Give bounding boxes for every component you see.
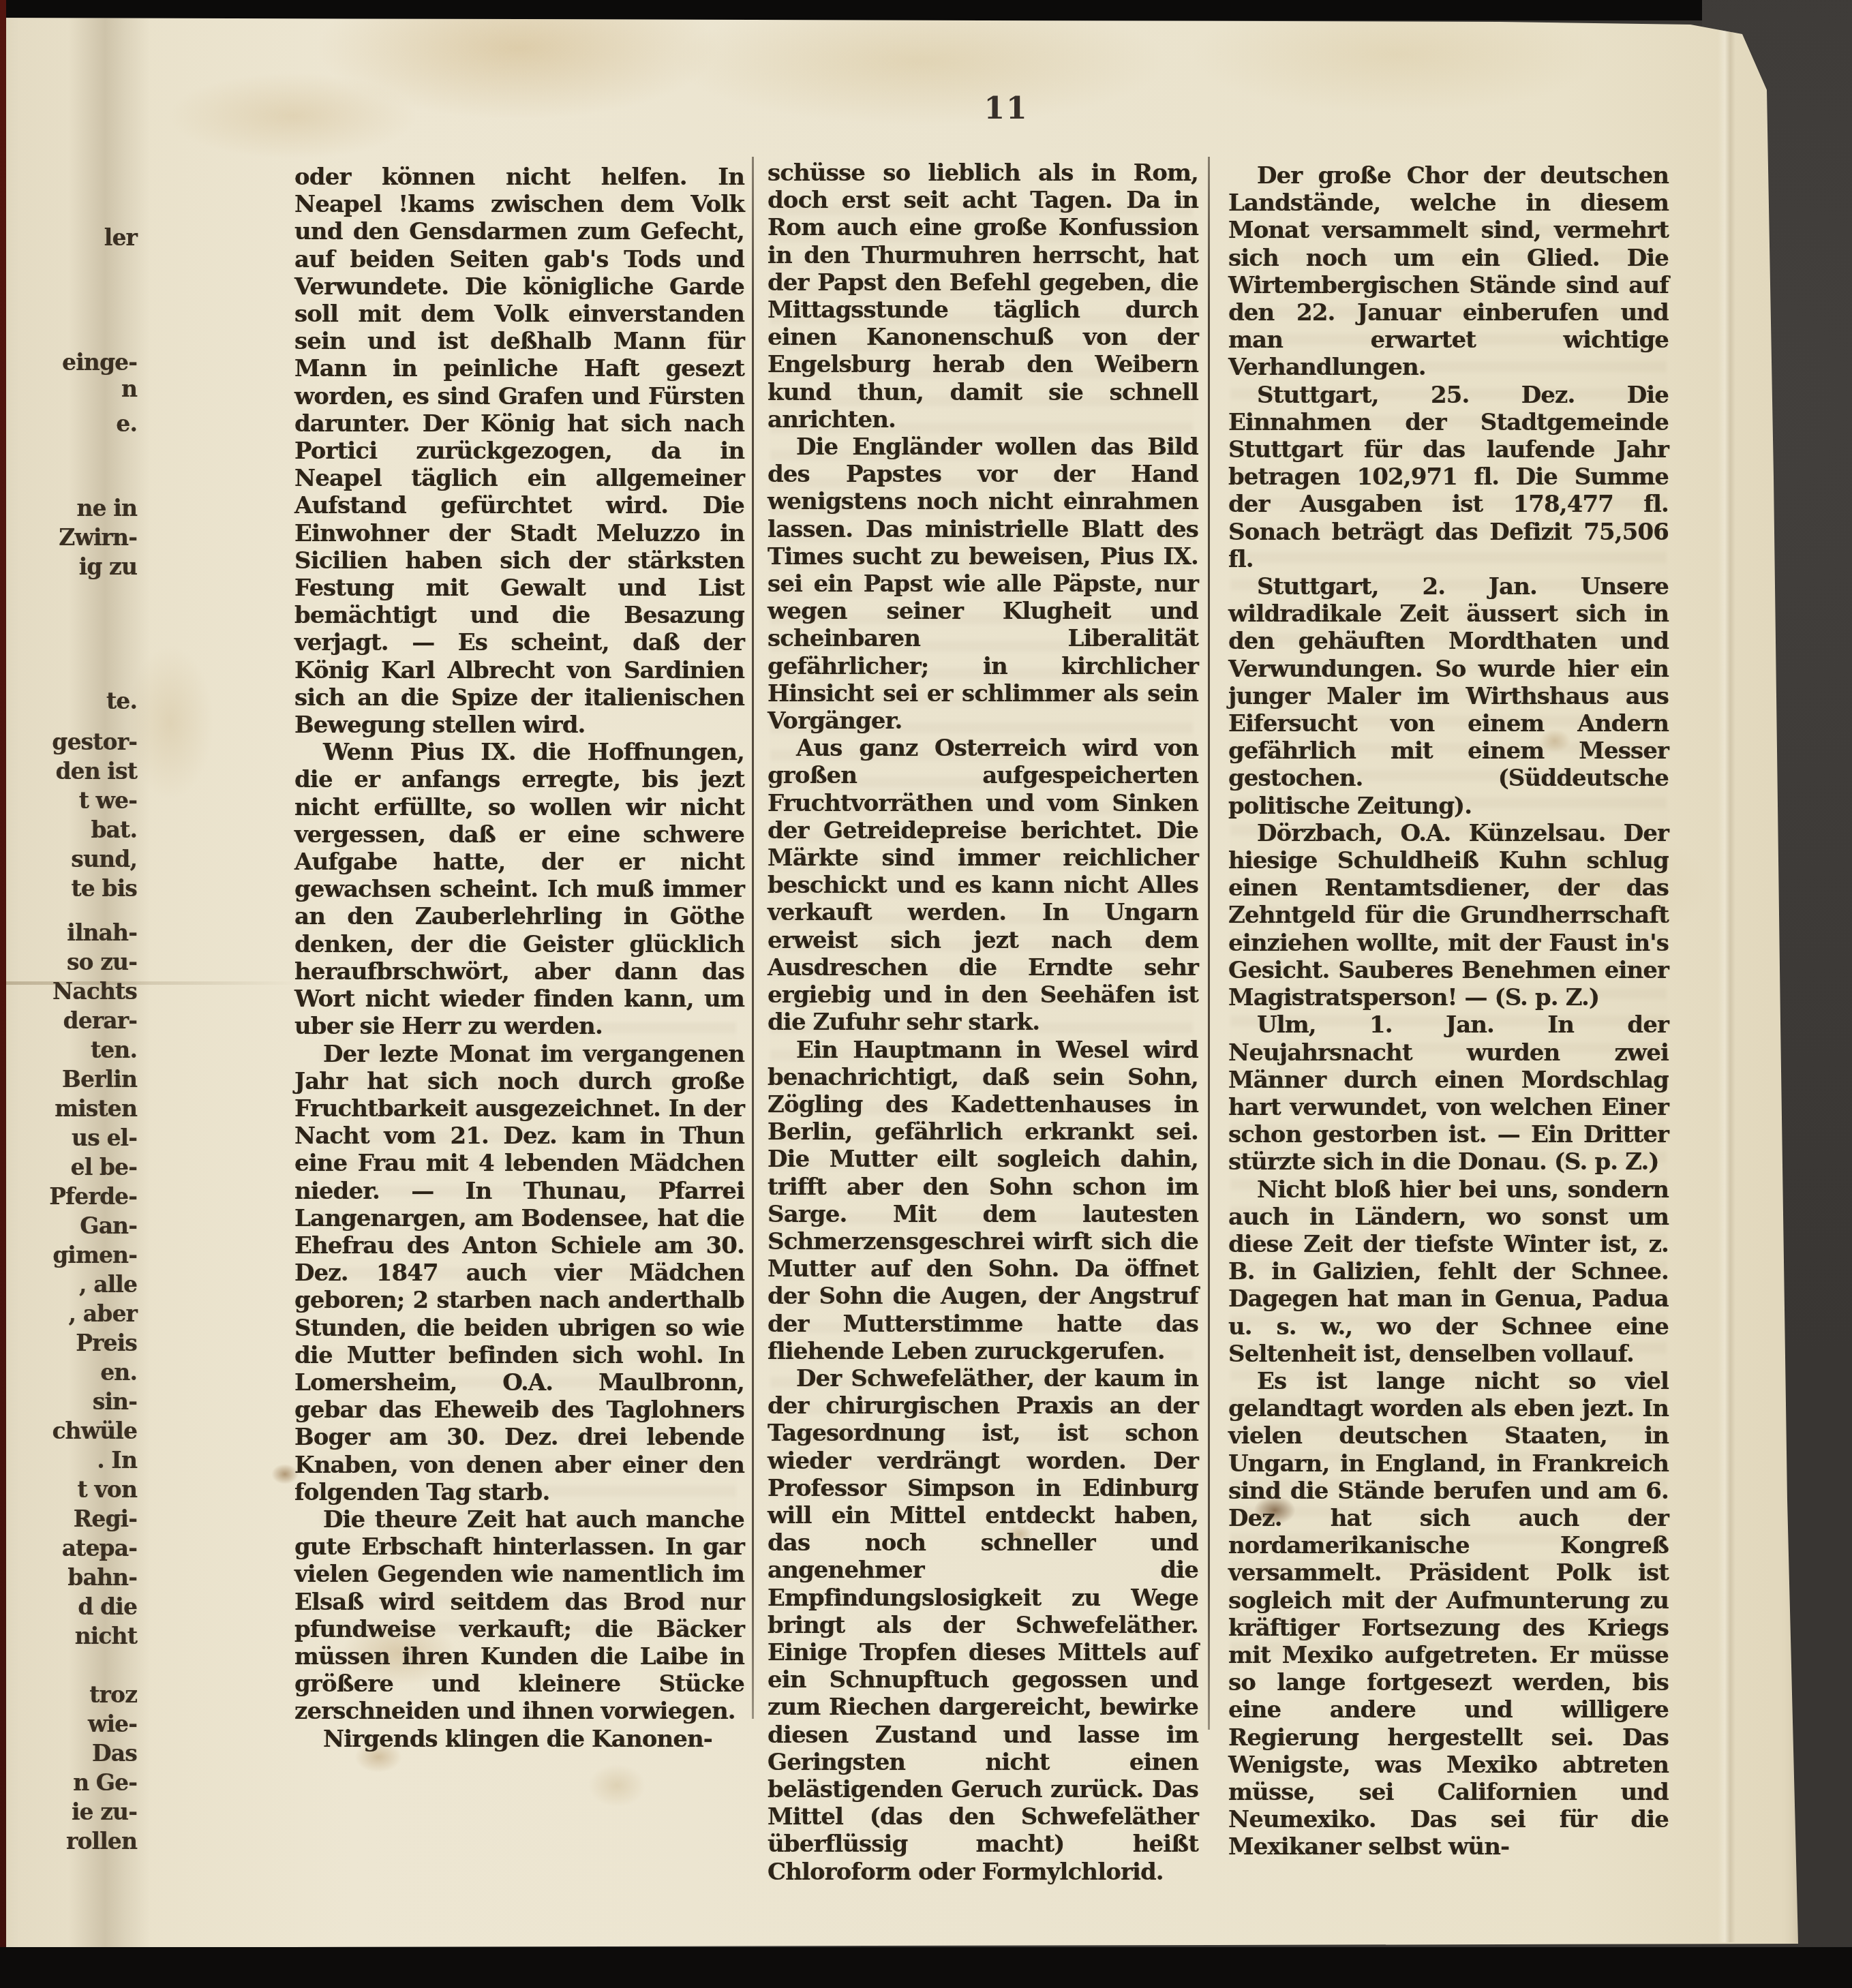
facing-page-text-fragment: Zwirn- (59, 525, 137, 551)
facing-page-text-fragment: misten (55, 1096, 137, 1122)
page-number: 11 (973, 94, 1039, 124)
facing-page-text-fragment: chwüle (52, 1418, 137, 1444)
newspaper-paragraph: Stuttgart, 25. Dez. Die Einnahmen der St… (1228, 382, 1669, 573)
newspaper-scan: lereinge-ne.ne inZwirn-ig zute.gestor-de… (0, 0, 1852, 1988)
facing-page-text-fragment: Nachts (52, 979, 137, 1005)
facing-page-text-fragment: Preis (76, 1330, 137, 1356)
newspaper-paragraph: Aus ganz Osterreich wird von großen aufg… (768, 735, 1198, 1036)
newspaper-paragraph: Es ist lange nicht so viel gelandtagt wo… (1228, 1368, 1669, 1861)
newspaper-paragraph: Dörzbach, O.A. Künzelsau. Der hiesige Sc… (1228, 820, 1669, 1011)
facing-page-text-fragment: troz (89, 1682, 137, 1708)
newspaper-paragraph: schüsse so lieblich als in Rom, doch ers… (768, 159, 1198, 433)
newspaper-paragraph: Der Schwefeläther, der kaum in der chiru… (768, 1365, 1198, 1886)
newspaper-page: lereinge-ne.ne inZwirn-ig zute.gestor-de… (0, 0, 1813, 1988)
facing-page-text-fragment: den ist (55, 759, 137, 784)
facing-page-text-fragment: ten. (91, 1037, 137, 1063)
column-divider (752, 157, 754, 1719)
facing-page-text-fragment: t we- (79, 788, 137, 814)
facing-page-text-fragment: el be- (71, 1154, 137, 1180)
newspaper-paragraph: Ulm, 1. Jan. In der Neujahrsnacht wurden… (1228, 1011, 1669, 1176)
facing-page-text-fragment: d die (78, 1594, 137, 1620)
facing-page-text-fragment: ilnah- (67, 920, 137, 946)
column-divider (1208, 157, 1210, 1730)
facing-page-text-fragment: , alle (79, 1272, 137, 1298)
facing-page-text-fragment: rollen (66, 1829, 137, 1854)
facing-page-text-fragment: atepa- (62, 1535, 137, 1561)
facing-page-text-fragment: ig zu (79, 554, 137, 580)
facing-page-text-fragment: derar- (63, 1008, 137, 1034)
facing-page-text-fragment: us el- (72, 1125, 137, 1151)
newspaper-paragraph: Ein Hauptmann in Wesel wird benachrichti… (768, 1037, 1198, 1365)
newspaper-paragraph: Nicht bloß hier bei uns, sondern auch in… (1228, 1176, 1669, 1368)
newspaper-paragraph: oder können nicht helfen. In Neapel !kam… (294, 164, 744, 739)
facing-page-text-fragment: t von (78, 1477, 137, 1503)
news-column-3: Der große Chor der deutschen Landstände,… (1228, 162, 1669, 1861)
facing-page-text-fragment: sund, (71, 846, 137, 872)
news-column-2: schüsse so lieblich als in Rom, doch ers… (768, 159, 1198, 1886)
facing-page-text-fragment: ie zu- (72, 1799, 137, 1825)
facing-page-text-fragment: . In (97, 1448, 137, 1473)
facing-page-text-fragment: e. (116, 411, 137, 437)
newspaper-paragraph: Nirgends klingen die Kanonen- (294, 1726, 744, 1753)
facing-page-text-fragment: te. (106, 688, 137, 714)
facing-page-text-fragment: Berlin (62, 1067, 137, 1092)
newspaper-paragraph: Der lezte Monat im vergangenen Jahr hat … (294, 1041, 744, 1506)
facing-page-text-fragment: sin- (93, 1389, 137, 1415)
facing-page-text-fragment: ne in (76, 495, 137, 521)
facing-page-text-fragment: Das (92, 1741, 137, 1767)
newspaper-paragraph: Stuttgart, 2. Jan. Unsere wildradikale Z… (1228, 573, 1669, 820)
facing-page-text-fragment: en. (100, 1360, 137, 1386)
facing-page-text-fragment: Regi- (74, 1506, 137, 1532)
facing-page-text-fragment: te bis (71, 876, 137, 902)
facing-page-text-fragment: so zu- (67, 949, 137, 975)
facing-page-text-fragment: n (121, 376, 137, 402)
scanner-bed-bottom (0, 1947, 1852, 1988)
facing-page-text-fragment: bat. (91, 817, 137, 843)
book-binding-edge (0, 0, 6, 1988)
facing-page-text-fragment: wie- (88, 1711, 137, 1737)
facing-page-text-fragment: , aber (69, 1301, 137, 1327)
facing-page-text-fragment: nicht (75, 1623, 137, 1649)
facing-page-text-fragment: einge- (62, 350, 137, 376)
facing-page-text-fragment: Pferde- (49, 1184, 137, 1210)
newspaper-paragraph: Der große Chor der deutschen Landstände,… (1228, 162, 1669, 382)
facing-page-fragments: lereinge-ne.ne inZwirn-ig zute.gestor-de… (6, 0, 142, 1988)
news-column-1: oder können nicht helfen. In Neapel !kam… (294, 164, 744, 1753)
fold-crease (1718, 27, 1735, 1942)
newspaper-paragraph: Die theure Zeit hat auch manche gute Erb… (294, 1506, 744, 1726)
facing-page-text-fragment: gestor- (52, 729, 137, 755)
facing-page-text-fragment: Gan- (80, 1213, 137, 1239)
facing-page-text-fragment: n Ge- (73, 1770, 137, 1796)
newspaper-paragraph: Wenn Pius IX. die Hoffnungen, die er anf… (294, 739, 744, 1040)
facing-page-text-fragment: bahn- (67, 1565, 137, 1591)
newspaper-paragraph: Die Engländer wollen das Bild des Papste… (768, 433, 1198, 735)
scanner-bed-top (0, 0, 1852, 20)
facing-page-text-fragment: gimen- (52, 1242, 137, 1268)
facing-page-text-fragment: ler (104, 225, 137, 251)
